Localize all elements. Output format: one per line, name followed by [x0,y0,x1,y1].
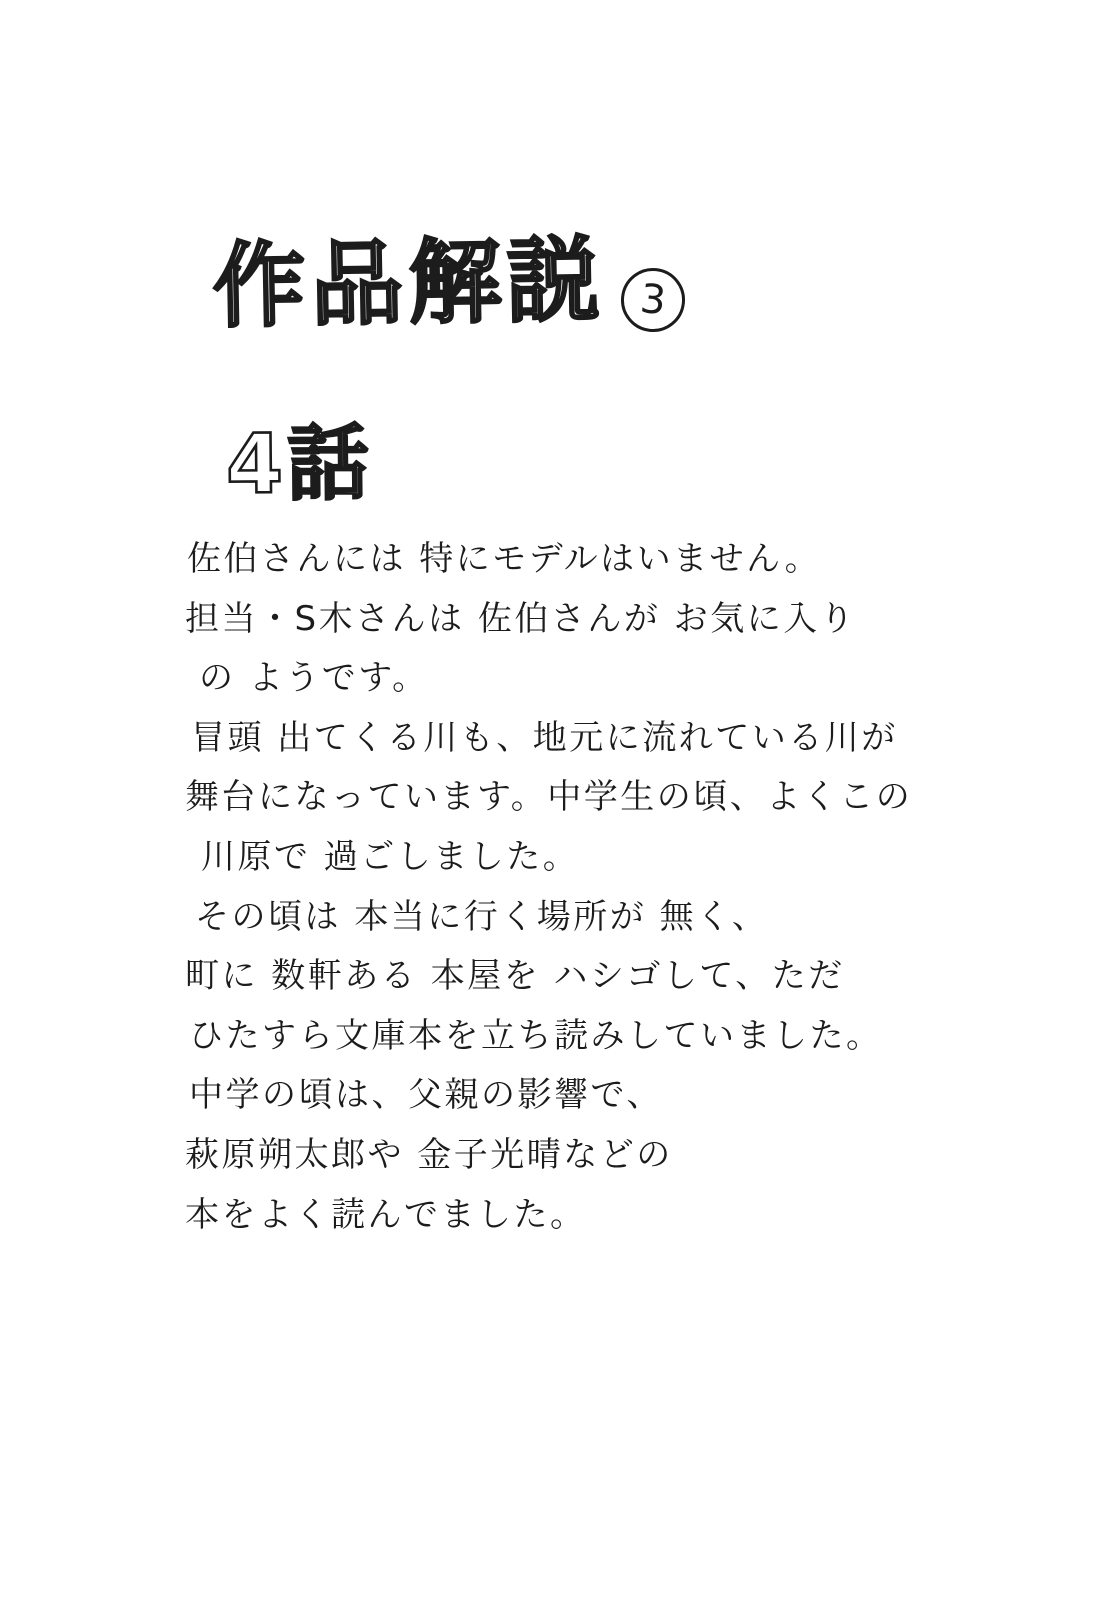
page-title: 作品解説 [212,235,606,334]
handwritten-line: 佐伯さんには 特にモデルはいません。 [185,530,1045,590]
handwritten-line: ひたすら文庫本を立ち読みしていました。 [185,1007,1045,1067]
section-heading: 4話 [226,423,374,506]
handwritten-line: 本をよく読んでました。 [185,1186,1045,1246]
handwritten-paragraph: 佐伯さんには 特にモデルはいません。 担当・S木さんは 佐伯さんが お気に入り … [185,530,1045,1245]
handwritten-line: 川原で 過ごしました。 [185,828,1045,888]
title-row: 作品解説 3 [213,238,685,330]
handwritten-line: その頃は 本当に行く場所が 無く、 [185,888,1045,948]
title-circled-number: 3 [618,265,688,335]
handwritten-line: 町に 数軒ある 本屋を ハシゴして、ただ [185,947,1045,1007]
handwritten-line: 舞台になっています。中学生の頃、よくこの [185,768,1045,828]
handwritten-line: 冒頭 出てくる川も、地元に流れている川が [185,709,1045,769]
handwritten-line: 中学の頃は、父親の影響で、 [185,1066,1045,1126]
handwritten-line: 萩原朔太郎や 金子光晴などの [185,1126,1045,1186]
handwritten-line: 担当・S木さんは 佐伯さんが お気に入り [185,590,1045,650]
handwritten-line: の ようです。 [185,649,1045,709]
manuscript-page: 作品解説 3 4話 佐伯さんには 特にモデルはいません。 担当・S木さんは 佐伯… [0,0,1106,1600]
